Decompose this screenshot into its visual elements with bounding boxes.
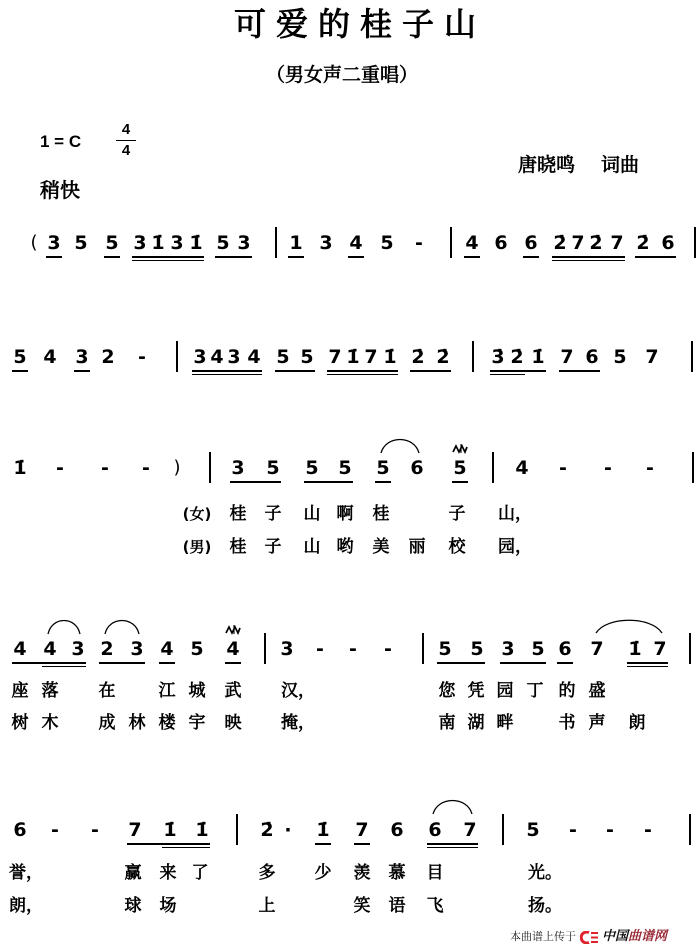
lyric-syllable: 木 bbox=[42, 713, 59, 733]
note: 4 bbox=[247, 346, 260, 368]
composer-name: 唐晓鸣 bbox=[518, 154, 575, 176]
beam-underline bbox=[354, 843, 370, 845]
lyric-syllable: 树 bbox=[12, 713, 29, 733]
sustain-dash: - bbox=[646, 457, 654, 479]
beam-underline bbox=[127, 843, 210, 845]
note: 6 bbox=[524, 232, 537, 254]
beam-underline bbox=[490, 370, 546, 372]
lyric-syllable: 落 bbox=[42, 681, 59, 701]
note: 6 bbox=[494, 232, 507, 254]
time-signature-top: 4 bbox=[122, 121, 130, 138]
beam-underline bbox=[99, 662, 145, 664]
note: 3 bbox=[47, 232, 60, 254]
lyric-syllable: 湖 bbox=[468, 713, 485, 733]
beam-underline-double bbox=[192, 374, 262, 376]
beam-underline bbox=[288, 256, 304, 258]
lyric-syllable: 桂 bbox=[230, 537, 247, 557]
note: 6 bbox=[428, 819, 441, 841]
note: 1̇ bbox=[346, 346, 359, 368]
note: 5 bbox=[216, 232, 229, 254]
lyric-syllable: 的 bbox=[559, 681, 576, 701]
note: 7 bbox=[355, 819, 368, 841]
note: 5 bbox=[13, 346, 26, 368]
note: 2̇ bbox=[436, 346, 449, 368]
note: 7 bbox=[128, 819, 141, 841]
note: 1̇ bbox=[151, 232, 164, 254]
sustain-dash: - bbox=[91, 819, 99, 841]
barline bbox=[472, 341, 474, 372]
note: 7 bbox=[463, 819, 476, 841]
barline bbox=[492, 452, 494, 483]
beam-underline bbox=[559, 370, 600, 372]
note: 2̇ bbox=[510, 346, 523, 368]
note: 3 bbox=[227, 346, 240, 368]
note: 1 bbox=[289, 232, 302, 254]
lyric-syllable: 光。 bbox=[528, 863, 562, 883]
note: 4 bbox=[210, 346, 223, 368]
note: 5 bbox=[438, 638, 451, 660]
note: 1̇ bbox=[13, 457, 26, 479]
beam-underline bbox=[552, 256, 625, 258]
lyric-syllable: 语 bbox=[389, 896, 406, 916]
lyric-syllable: 声 bbox=[589, 713, 606, 733]
system-3: 1̇ - - - ) 3 5 5 5 5 6 5 4 - - - (女) 桂 子… bbox=[0, 457, 700, 577]
lyric-syllable: 球 bbox=[125, 896, 142, 916]
note: 3 bbox=[193, 346, 206, 368]
lyric-syllable: 宇 bbox=[189, 713, 206, 733]
lyric-syllable: 园 bbox=[497, 681, 514, 701]
barline bbox=[694, 227, 696, 258]
lyric-syllable: 哟 bbox=[337, 537, 354, 557]
note: 2̇ bbox=[260, 819, 273, 841]
beam-underline bbox=[12, 370, 28, 372]
note: 6 bbox=[410, 457, 423, 479]
note: 3 bbox=[170, 232, 183, 254]
time-signature-bottom: 4 bbox=[116, 140, 136, 159]
lyric-syllable: 桂 bbox=[373, 504, 390, 524]
note: 5 bbox=[300, 346, 313, 368]
note: 3 bbox=[133, 232, 146, 254]
note: 3 bbox=[319, 232, 332, 254]
watermark-prefix: 本曲谱上传于 bbox=[510, 930, 576, 943]
barline bbox=[275, 227, 277, 258]
note: 3 bbox=[75, 346, 88, 368]
note: 6 bbox=[585, 346, 598, 368]
slur-icon bbox=[380, 439, 420, 454]
note: 5 bbox=[526, 819, 539, 841]
beam-underline bbox=[427, 843, 478, 845]
lyric-syllable: 成 bbox=[99, 713, 116, 733]
note: 5 bbox=[74, 232, 87, 254]
sustain-dash: - bbox=[138, 346, 146, 368]
note: 3 bbox=[71, 638, 84, 660]
beam-underline bbox=[12, 662, 86, 664]
beam-underline-double bbox=[42, 666, 86, 668]
sustain-dash: - bbox=[644, 819, 652, 841]
lyric-syllable: 赢 bbox=[125, 863, 142, 883]
lyric-syllable: 林 bbox=[129, 713, 146, 733]
beam-underline bbox=[635, 256, 676, 258]
note: 1̇ bbox=[383, 346, 396, 368]
barline bbox=[264, 633, 266, 664]
lyric-syllable: 朗， bbox=[9, 896, 43, 916]
lyric-syllable: 山 bbox=[304, 537, 321, 557]
beam-underline bbox=[74, 370, 90, 372]
bracket-close: ) bbox=[173, 457, 180, 479]
beam-underline-double bbox=[132, 260, 204, 262]
lyric-syllable: 畔 bbox=[497, 713, 514, 733]
note: 7 bbox=[364, 346, 377, 368]
note: 7 bbox=[560, 346, 573, 368]
lyric-syllable: 南 bbox=[439, 713, 456, 733]
beam-underline bbox=[230, 481, 281, 483]
beam-underline bbox=[452, 481, 468, 483]
note: 2̇ bbox=[411, 346, 424, 368]
beam-underline bbox=[46, 256, 62, 258]
note: 3̇ bbox=[491, 346, 504, 368]
lyric-syllable: 您 bbox=[439, 681, 456, 701]
sustain-dash: - bbox=[316, 638, 324, 660]
lyric-syllable: 书 bbox=[559, 713, 576, 733]
lyric-syllable: 盛 bbox=[589, 681, 606, 701]
beam-underline bbox=[225, 662, 241, 664]
beam-underline-double bbox=[162, 847, 210, 849]
note: 5 bbox=[105, 232, 118, 254]
note: 5 bbox=[266, 457, 279, 479]
voice-label-male: (男) bbox=[183, 537, 212, 557]
beam-underline bbox=[464, 256, 480, 258]
lyric-syllable: 笑 bbox=[354, 896, 371, 916]
note: 6 bbox=[13, 819, 26, 841]
barline bbox=[236, 814, 238, 845]
note: 5 bbox=[305, 457, 318, 479]
note: 4 bbox=[349, 232, 362, 254]
note: 2̇ bbox=[589, 232, 602, 254]
note: 7 bbox=[653, 638, 666, 660]
lyric-syllable: 慕 bbox=[389, 863, 406, 883]
note: 2̇ bbox=[636, 232, 649, 254]
note: 7 bbox=[590, 638, 603, 660]
system-2: 5 4 3 2 - 3 4 3 4 5 5 7 1̇ 7 1̇ 2̇ 2̇ 3̇… bbox=[0, 346, 700, 466]
beam-underline bbox=[410, 370, 451, 372]
lyric-syllable: 桂 bbox=[230, 504, 247, 524]
barline bbox=[176, 341, 178, 372]
song-subtitle: （男女声二重唱） bbox=[266, 64, 418, 86]
note: 7 bbox=[610, 232, 623, 254]
note: 6 bbox=[390, 819, 403, 841]
slur-icon bbox=[47, 620, 81, 635]
barline bbox=[691, 341, 693, 372]
note: 7 bbox=[328, 346, 341, 368]
note: 1̇ bbox=[189, 232, 202, 254]
lyric-syllable: 少 bbox=[315, 863, 332, 883]
beam-underline bbox=[327, 370, 398, 372]
note: 4 bbox=[515, 457, 528, 479]
mordent-icon bbox=[453, 444, 467, 453]
lyric-syllable: 映 bbox=[225, 713, 242, 733]
slur-icon bbox=[595, 619, 663, 634]
note: 5 bbox=[531, 638, 544, 660]
beam-underline bbox=[304, 481, 353, 483]
beam-underline bbox=[557, 662, 573, 664]
note: 5 bbox=[470, 638, 483, 660]
note: 4 bbox=[465, 232, 478, 254]
sustain-dash: - bbox=[415, 232, 423, 254]
lyric-syllable: 武 bbox=[225, 681, 242, 701]
lyric-syllable: 子 bbox=[265, 504, 282, 524]
beam-underline bbox=[132, 256, 204, 258]
site-name-primary: 中国 bbox=[602, 929, 628, 944]
lyric-syllable: 美 bbox=[373, 537, 390, 557]
note: 4 bbox=[43, 638, 56, 660]
beam-underline bbox=[315, 843, 331, 845]
note: 1̇ bbox=[531, 346, 544, 368]
beam-underline bbox=[159, 662, 175, 664]
lyric-syllable: 扬。 bbox=[528, 896, 562, 916]
note: 3 bbox=[280, 638, 293, 660]
note: 4 bbox=[160, 638, 173, 660]
tempo-marking: 稍快 bbox=[40, 178, 80, 202]
site-name-secondary: 曲谱网 bbox=[628, 929, 667, 944]
augmentation-dot: · bbox=[284, 819, 291, 841]
key-signature: 1 = C bbox=[40, 132, 81, 152]
note: 2 bbox=[100, 638, 113, 660]
sustain-dash: - bbox=[349, 638, 357, 660]
lyric-syllable: 掩， bbox=[281, 713, 315, 733]
lyric-syllable: 子 bbox=[265, 537, 282, 557]
lyric-syllable: 山 bbox=[304, 504, 321, 524]
lyric-syllable: 子 bbox=[449, 504, 466, 524]
note: 4 bbox=[13, 638, 26, 660]
sustain-dash: - bbox=[101, 457, 109, 479]
beam-underline-double bbox=[627, 666, 668, 668]
song-title: 可爱的桂子山 bbox=[228, 6, 492, 42]
lyric-syllable: 江 bbox=[159, 681, 176, 701]
lyric-syllable: 上 bbox=[259, 896, 276, 916]
time-signature: 4 4 bbox=[116, 121, 136, 159]
barline bbox=[209, 452, 211, 483]
lyric-syllable: 羡 bbox=[354, 863, 371, 883]
beam-underline-double bbox=[552, 260, 625, 262]
lyric-syllable: 朗 bbox=[629, 713, 646, 733]
note: 2 bbox=[101, 346, 114, 368]
lyric-syllable: 楼 bbox=[159, 713, 176, 733]
lyric-syllable: 飞 bbox=[427, 896, 444, 916]
note: 1̇ bbox=[163, 819, 176, 841]
barline bbox=[692, 452, 694, 483]
lyric-syllable: 啊 bbox=[337, 504, 354, 524]
lyric-syllable: 来 bbox=[160, 863, 177, 883]
slur-icon bbox=[104, 620, 140, 635]
beam-underline bbox=[437, 662, 485, 664]
note: 7 bbox=[645, 346, 658, 368]
system-4: 4 4 3 2 3 4 5 4 3 - - - 5 5 3 5 6 7 1̇ 7… bbox=[0, 638, 700, 758]
note: 5 bbox=[453, 457, 466, 479]
lyric-syllable: 座 bbox=[12, 681, 29, 701]
barline bbox=[422, 633, 424, 664]
beam-underline-double bbox=[490, 374, 525, 376]
sustain-dash: - bbox=[606, 819, 614, 841]
note: 5 bbox=[338, 457, 351, 479]
lyric-syllable: 城 bbox=[189, 681, 206, 701]
sustain-dash: - bbox=[384, 638, 392, 660]
beam-underline bbox=[375, 481, 391, 483]
lyric-syllable: 丁 bbox=[527, 681, 544, 701]
note: 4 bbox=[43, 346, 56, 368]
barline bbox=[689, 814, 691, 845]
barline bbox=[450, 227, 452, 258]
lyric-syllable: 多 bbox=[259, 863, 276, 883]
beam-underline bbox=[348, 256, 364, 258]
note: 5 bbox=[190, 638, 203, 660]
note: 4 bbox=[226, 638, 239, 660]
sustain-dash: - bbox=[569, 819, 577, 841]
lyric-syllable: 山， bbox=[498, 504, 532, 524]
watermark: 本曲谱上传于中国曲谱网 bbox=[510, 929, 667, 945]
note: 3 bbox=[501, 638, 514, 660]
composer-role: 词曲 bbox=[601, 154, 639, 176]
beam-underline bbox=[104, 256, 120, 258]
beam-underline bbox=[523, 256, 539, 258]
lyric-syllable: 誉， bbox=[9, 863, 43, 883]
note: 6 bbox=[558, 638, 571, 660]
beam-underline bbox=[275, 370, 315, 372]
sustain-dash: - bbox=[51, 819, 59, 841]
note: 5 bbox=[276, 346, 289, 368]
beam-underline-double bbox=[327, 374, 398, 376]
lyric-syllable: 了 bbox=[192, 863, 209, 883]
sustain-dash: - bbox=[559, 457, 567, 479]
note: 3 bbox=[231, 457, 244, 479]
note: 1̇ bbox=[628, 638, 641, 660]
bracket-open: ( bbox=[30, 232, 37, 254]
lyric-syllable: 汉， bbox=[281, 681, 315, 701]
beam-underline bbox=[192, 370, 262, 372]
lyric-syllable: 园， bbox=[498, 537, 532, 557]
barline bbox=[502, 814, 504, 845]
system-5: 6 - - 7 1̇ 1̇ 2̇ · 1̇ 7 6 6 7 5 - - - 誉，… bbox=[0, 819, 700, 939]
note: 1̇ bbox=[316, 819, 329, 841]
slur-icon bbox=[432, 800, 473, 815]
lyric-syllable: 目 bbox=[427, 863, 444, 883]
beam-underline bbox=[215, 256, 252, 258]
lyric-syllable: 在 bbox=[99, 681, 116, 701]
lyric-syllable: 场 bbox=[160, 896, 177, 916]
beam-underline-double bbox=[427, 847, 478, 849]
system-1: ( 3 5 5 3 1̇ 3 1̇ 5 3 1 3 4 5 - 4 6 6 2̇… bbox=[0, 232, 700, 352]
lyric-syllable: 丽 bbox=[409, 537, 426, 557]
beam-underline bbox=[627, 662, 668, 664]
note: 3 bbox=[130, 638, 143, 660]
sustain-dash: - bbox=[56, 457, 64, 479]
barline bbox=[689, 633, 691, 664]
note: 3 bbox=[237, 232, 250, 254]
voice-label-female: (女) bbox=[183, 504, 212, 524]
sustain-dash: - bbox=[142, 457, 150, 479]
note: 2̇ bbox=[553, 232, 566, 254]
note: 7 bbox=[571, 232, 584, 254]
lyric-syllable: 校 bbox=[449, 537, 466, 557]
note: 5 bbox=[376, 457, 389, 479]
credits: 唐晓鸣词曲 bbox=[518, 153, 639, 177]
note: 6 bbox=[661, 232, 674, 254]
mordent-icon bbox=[226, 625, 240, 634]
sustain-dash: - bbox=[604, 457, 612, 479]
site-logo-icon bbox=[580, 931, 600, 944]
note: 1̇ bbox=[195, 819, 208, 841]
note: 5 bbox=[613, 346, 626, 368]
note: 5 bbox=[380, 232, 393, 254]
lyric-syllable: 凭 bbox=[468, 681, 485, 701]
beam-underline bbox=[500, 662, 546, 664]
